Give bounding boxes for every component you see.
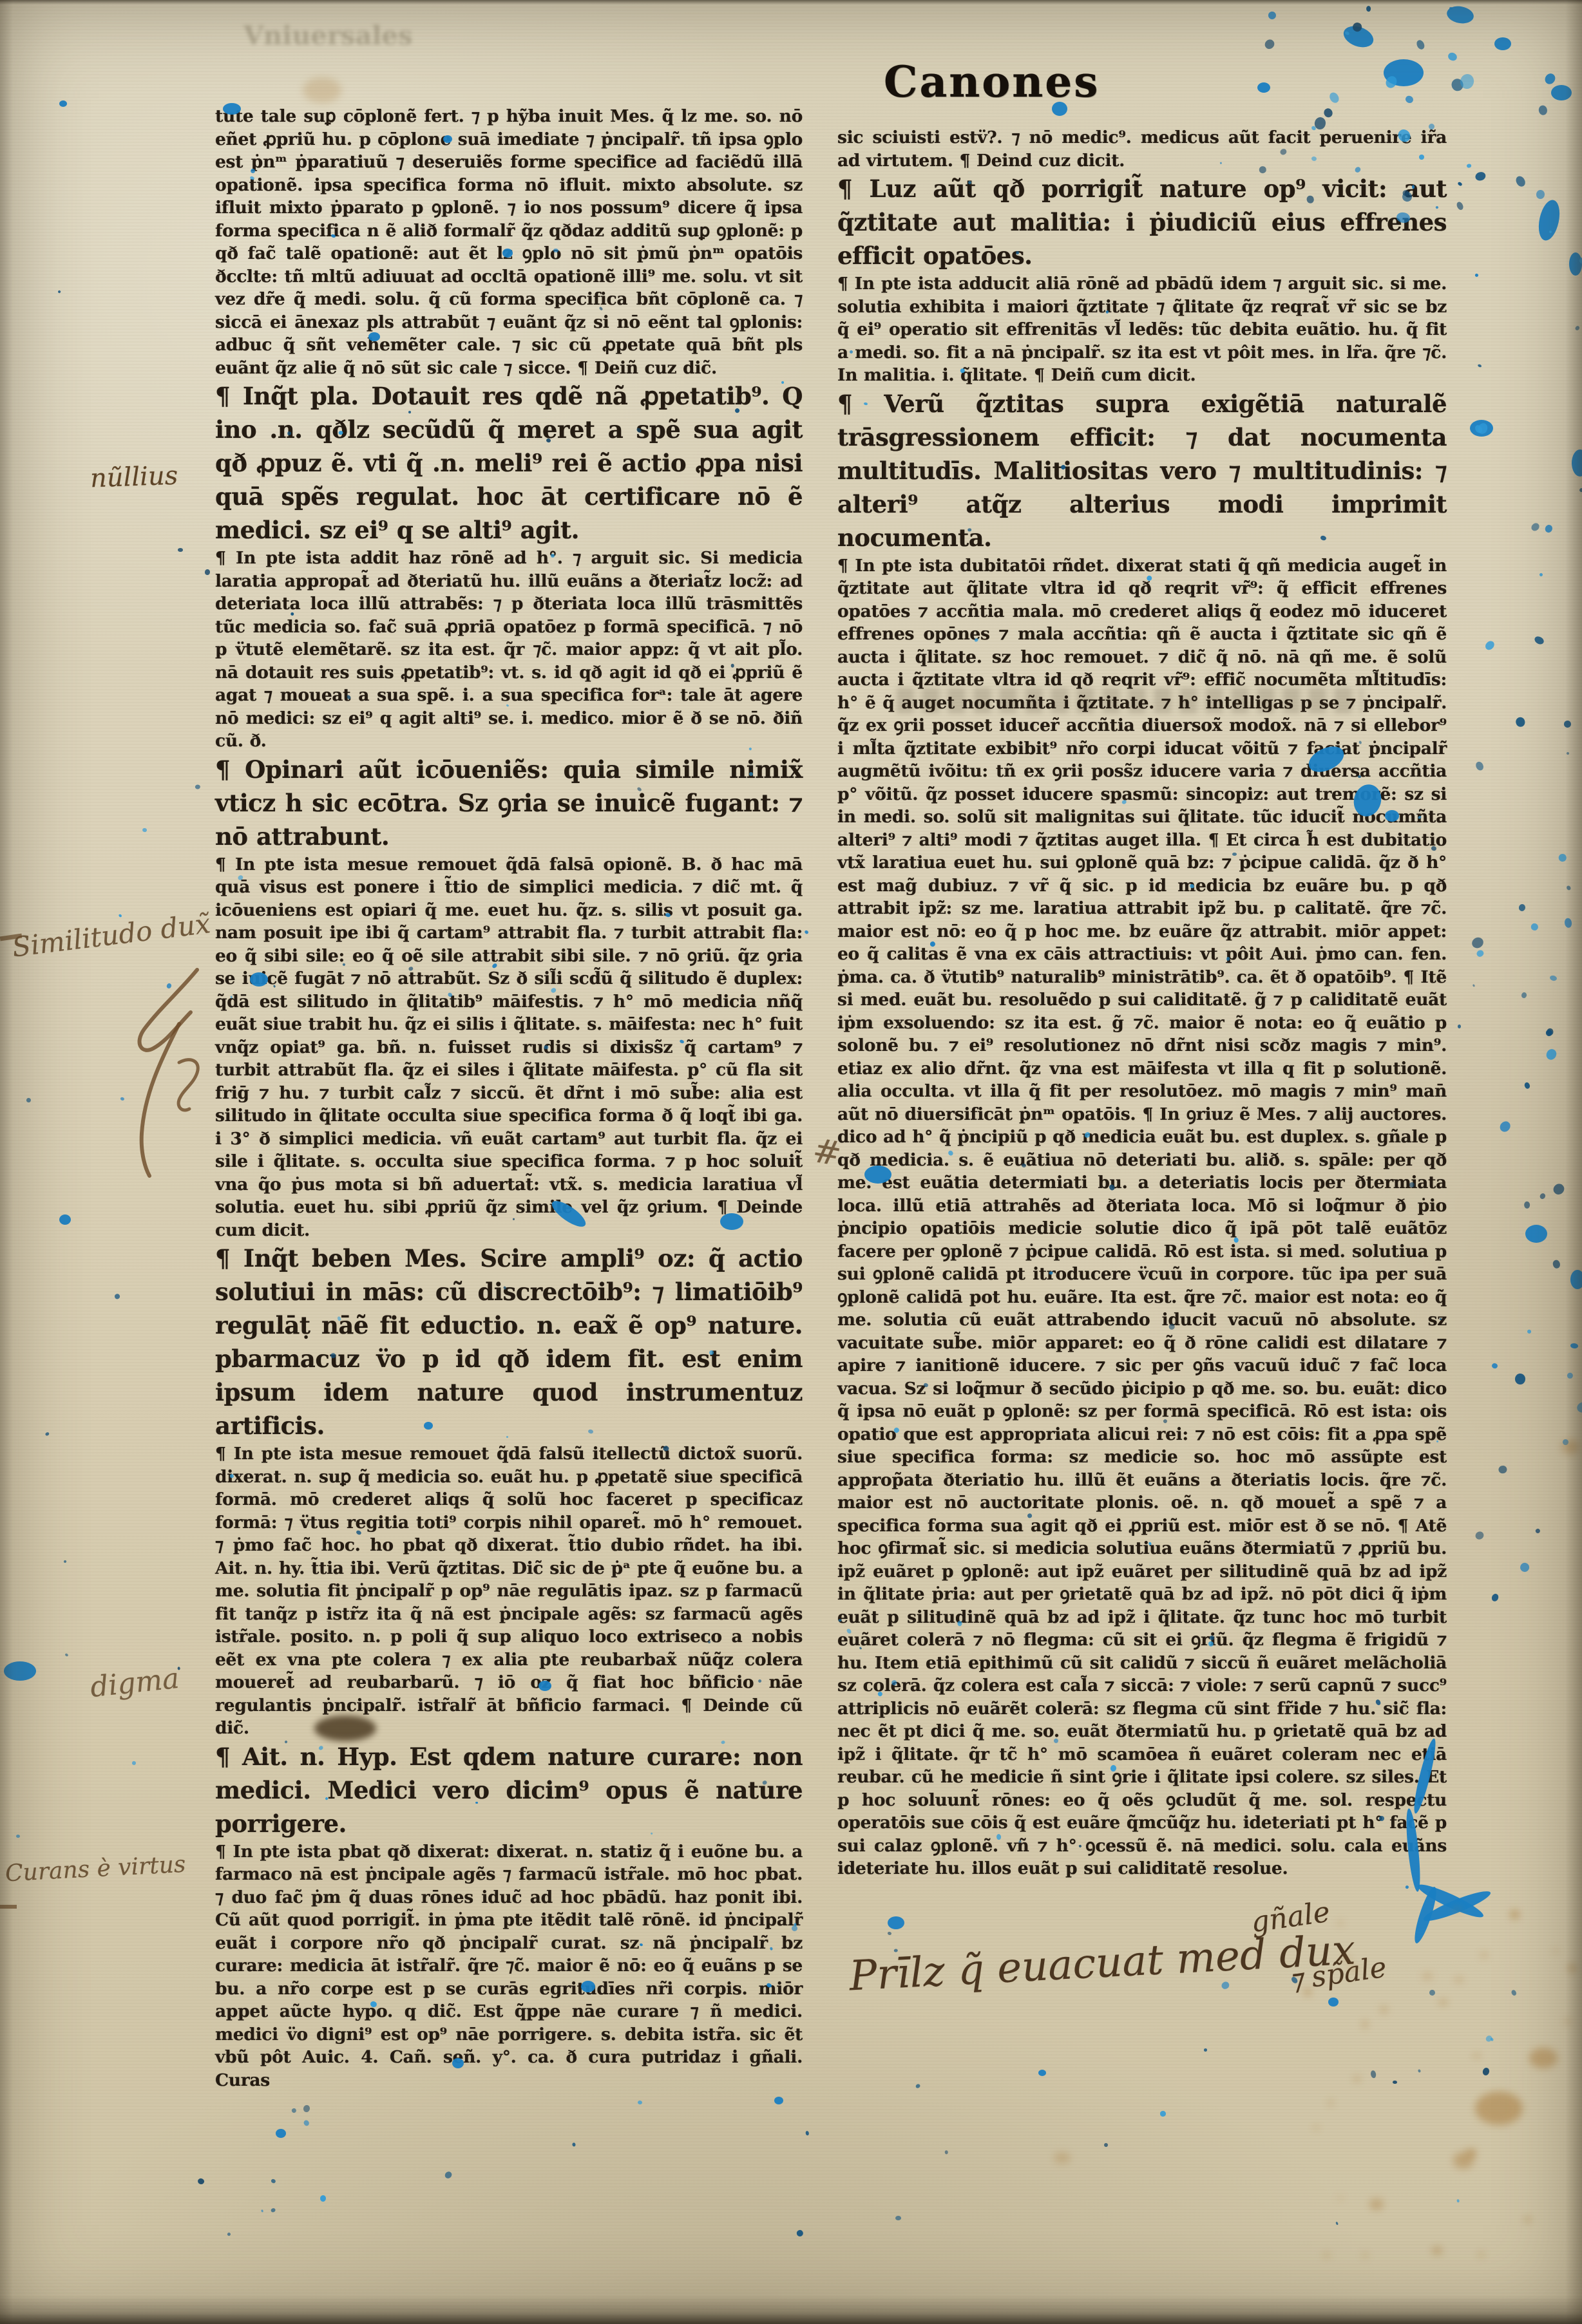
ink-blot	[118, 914, 122, 918]
ink-blot	[1567, 1373, 1573, 1379]
ink-blot	[888, 1916, 904, 1929]
foxing-spot	[1511, 1910, 1518, 1918]
ink-blot	[1525, 1225, 1547, 1243]
ink-blot	[59, 100, 67, 107]
ink-blot	[303, 2104, 310, 2113]
foxing-spot	[1362, 2253, 1368, 2258]
foxing-spot	[1323, 2253, 1330, 2257]
foxing-spot	[1314, 2126, 1319, 2130]
text-block-body: ¶ In pte ista pbat qð dixerat: dixerat. …	[215, 1840, 803, 2092]
text-block-body: ¶ In pte ista addit haz rōnẽ ad h°. ⁊ ar…	[215, 547, 803, 753]
ink-blot	[1445, 5, 1475, 26]
foxing-spot	[1568, 1964, 1575, 1972]
ink-blot	[638, 2101, 643, 2105]
manicule-icon	[82, 947, 231, 1178]
ink-blot	[1467, 164, 1471, 168]
ink-blot	[1415, 1880, 1486, 1922]
ink-blot	[893, 1949, 898, 1952]
ink-blot	[1472, 984, 1475, 987]
foxing-spot	[303, 77, 341, 103]
ink-blot	[1558, 853, 1567, 862]
ink-blot	[1263, 37, 1275, 50]
ink-blot	[1328, 1998, 1339, 2007]
ink-blot	[1451, 78, 1464, 92]
ink-blot	[271, 2178, 276, 2184]
ink-blot	[1564, 720, 1572, 728]
ink-blot	[1570, 1343, 1577, 1349]
ink-blot	[1551, 85, 1572, 100]
ink-blot	[1267, 10, 1278, 21]
foxing-spot	[1338, 2196, 1343, 2200]
ink-blot	[1545, 1029, 1553, 1037]
ink-blot	[1038, 2070, 1046, 2076]
ink-blot	[1544, 1048, 1558, 1062]
ink-blot	[1575, 325, 1581, 331]
ink-blot	[1415, 39, 1425, 51]
ink-blot	[1498, 1119, 1512, 1134]
ink-blot	[1511, 1989, 1517, 1996]
ink-blot	[1370, 2070, 1377, 2079]
ink-blot	[1572, 449, 1582, 477]
ink-blot	[1344, 30, 1349, 35]
bottom-note-superscript-1: gñale	[1249, 1896, 1332, 1940]
ink-blot	[1322, 107, 1334, 119]
foxing-spot	[1561, 1440, 1579, 1454]
foxing-spot	[1054, 2152, 1071, 2164]
ink-blot	[25, 1097, 31, 1103]
ink-blot	[1475, 949, 1484, 958]
ink-blot	[1384, 59, 1424, 86]
foxing-spot	[1453, 2152, 1474, 2169]
scanned-incunabulum-page: Vniuersales Canones tute tale suꝑ cōplon…	[0, 0, 1582, 2324]
text-block-body: ¶ In pte ista dubitatōi rñdet. dixerat s…	[837, 554, 1447, 1880]
ink-blot	[197, 2178, 205, 2185]
foxing-spot	[1475, 2092, 1523, 2125]
ink-blot	[1578, 256, 1582, 265]
ink-blot	[1421, 1887, 1492, 1925]
ink-blot	[45, 1431, 50, 1436]
ink-blot	[1564, 918, 1572, 929]
ink-blot	[319, 2195, 326, 2202]
text-block-lemma: ¶ Luz aũt qð porrigit̃ nature op⁹ vicit:…	[837, 172, 1447, 272]
ink-blot	[1404, 94, 1415, 104]
ink-blot	[1521, 992, 1527, 999]
ink-blot	[1456, 2199, 1460, 2203]
ink-blot	[1384, 74, 1398, 90]
ink-blot	[142, 827, 147, 833]
ink-blot	[804, 929, 809, 934]
text-block-body: ¶ In pte ista mesue remouet q̃dā falsā o…	[215, 853, 803, 1242]
ink-blot	[1159, 2111, 1166, 2117]
ink-blot	[1455, 201, 1464, 211]
ink-blot	[1257, 82, 1270, 93]
ink-blot	[1549, 231, 1552, 234]
ink-blot	[806, 2131, 810, 2135]
ink-blot	[227, 2232, 231, 2236]
ink-blot	[1351, 21, 1363, 33]
ink-blot	[1417, 2069, 1420, 2073]
foxing-spot	[1565, 2018, 1570, 2025]
ink-blot	[1530, 522, 1541, 533]
ink-blot	[291, 2107, 297, 2113]
foxing-spot	[1329, 2099, 1333, 2106]
foxing-spot	[1524, 2216, 1531, 2223]
ink-blot	[1204, 2048, 1208, 2052]
edge-pen-dash	[0, 1905, 17, 1909]
foxing-spot	[1362, 2020, 1368, 2028]
marginal-note-curans: Curans è virtus	[5, 1851, 186, 1887]
ink-blot	[1470, 936, 1485, 950]
ink-blot	[1406, 1885, 1409, 1889]
ink-blot	[177, 1667, 180, 1670]
ink-blot	[888, 1932, 892, 1936]
foxing-spot	[1482, 1952, 1486, 1957]
ink-blot	[1449, 7, 1453, 10]
ink-blot	[1570, 1270, 1582, 1289]
text-block-lemma: ¶ Inq̃t beben Mes. Scire ampli⁹ oz: q̃ a…	[215, 1242, 803, 1442]
foxing-spot	[1453, 1908, 1462, 1913]
foxing-spot	[1472, 2054, 1482, 2057]
ink-blot	[1519, 1562, 1531, 1574]
foxing-spot	[1529, 2048, 1558, 2068]
edge-pen-dash	[0, 934, 22, 941]
ink-blot	[1491, 1592, 1500, 1602]
ink-blot	[1490, 2037, 1493, 2041]
ink-blot	[1569, 252, 1582, 276]
text-block-body: tute tale suꝑ cōplonẽ fert. ⁊ p hỹba inu…	[215, 105, 803, 379]
ink-blot	[1518, 903, 1526, 911]
ink-blot	[1535, 1527, 1541, 1533]
ink-blot	[895, 2216, 901, 2220]
ink-blot	[1566, 751, 1570, 755]
ink-blot	[796, 2229, 804, 2236]
foxing-spot	[1439, 1999, 1447, 2005]
ink-blot	[178, 547, 183, 551]
ink-blot	[59, 1214, 71, 1225]
ink-blot	[1539, 572, 1544, 577]
ink-blot	[915, 2083, 920, 2089]
ink-blot	[774, 2097, 783, 2104]
ink-blot	[1536, 190, 1545, 200]
text-block-body: ¶ In pte ista adducit aliā rōnẽ ad pbādũ…	[837, 272, 1447, 387]
ink-blot	[1220, 1980, 1230, 1990]
ink-blot	[1491, 1363, 1498, 1370]
ink-blot	[1428, 1989, 1436, 1996]
foxing-spot	[1553, 1949, 1558, 1953]
text-block-body: sic sciuisti estv̈?. ⁊ nō medic⁹. medicu…	[837, 126, 1447, 172]
ink-blot	[1328, 91, 1340, 104]
text-block-body: ¶ In pte ista mesue remouet q̃dā falsũ i…	[215, 1442, 803, 1740]
foxing-spot	[1478, 2252, 1485, 2257]
ink-blot	[1529, 921, 1539, 931]
marginal-note-digna: digma	[89, 1662, 181, 1704]
marginal-note-nullius: nũllius	[90, 461, 178, 494]
bleedthrough-header-text: Vniuersales	[243, 21, 413, 51]
ink-blot	[1457, 181, 1462, 186]
ink-blot	[261, 2209, 263, 2213]
text-block-lemma: ¶ Ait. n. Hyp. Est qdem nature curare: n…	[215, 1740, 803, 1840]
ink-blot	[1411, 1885, 1440, 1945]
ink-blot	[1474, 1530, 1485, 1541]
ink-blot	[64, 1652, 68, 1656]
ink-blot	[1549, 975, 1558, 982]
foxing-spot	[1343, 1956, 1350, 1960]
ink-blot	[1566, 885, 1571, 891]
ink-blot	[1475, 171, 1487, 182]
ink-blot	[1515, 1374, 1525, 1384]
ink-blot	[1494, 37, 1511, 50]
ink-blot	[1340, 23, 1376, 52]
ink-blot	[1562, 1439, 1568, 1446]
ink-blot	[1482, 2067, 1490, 2076]
ink-blot	[1527, 1329, 1532, 1335]
ink-blot	[1470, 420, 1493, 437]
text-column-right: sic sciuisti estv̈?. ⁊ nō medic⁹. medicu…	[837, 126, 1447, 1880]
ink-blot	[1552, 1260, 1561, 1269]
ink-blot	[64, 1560, 67, 1563]
ink-blot	[1477, 422, 1489, 435]
ink-blot	[944, 2150, 948, 2155]
foxing-spot	[1380, 2006, 1388, 2013]
ink-blot	[1533, 635, 1545, 646]
ink-blot	[4, 1661, 36, 1681]
ink-blot	[1483, 639, 1496, 652]
ink-blot	[444, 2170, 453, 2180]
ink-blot	[1539, 1192, 1546, 1200]
ink-blot	[1576, 1401, 1582, 1413]
ink-blot	[1366, 6, 1371, 12]
text-block-lemma: ¶ Inq̃t pla. Dotauit res qdẽ nã ꝓpetatib…	[215, 379, 803, 547]
text-block-lemma: ¶ Opinari aũt icōueniẽs: quia simile nim…	[215, 753, 803, 853]
ink-blot	[1514, 716, 1525, 728]
page-title: Canones	[884, 57, 1244, 107]
ink-blot	[1290, 1976, 1299, 1985]
ink-blot	[205, 569, 210, 575]
ink-blot	[276, 2129, 286, 2138]
ink-blot	[1551, 1182, 1566, 1196]
ink-blot	[1458, 73, 1475, 91]
ink-blot	[1536, 198, 1563, 243]
foxing-spot	[1432, 2247, 1442, 2254]
ink-blot	[1474, 760, 1485, 771]
ink-blot	[271, 2208, 276, 2213]
foxing-spot	[1338, 1920, 1343, 1926]
foxing-spot	[1455, 1978, 1463, 1982]
ink-blot	[302, 2119, 310, 2127]
ink-blot	[1447, 52, 1458, 62]
ink-blot	[1499, 1465, 1508, 1474]
ink-blot	[1579, 487, 1582, 493]
ink-blot	[16, 1835, 21, 1838]
ink-blot	[1514, 175, 1527, 188]
ink-blot	[1475, 273, 1480, 277]
ink-blot	[195, 785, 200, 790]
foxing-spot	[1304, 1989, 1311, 1996]
ink-blot	[1485, 2034, 1494, 2043]
ink-blot	[1473, 424, 1483, 434]
ink-blot	[1524, 1202, 1530, 1209]
ink-blot	[1103, 2142, 1108, 2147]
foxing-spot	[1354, 2076, 1360, 2082]
bottom-note-superscript-2: ⁊ sp̃ale	[1286, 1951, 1389, 1998]
foxing-spot	[1350, 1965, 1355, 1973]
ink-blot	[113, 1293, 120, 1300]
foxing-spot	[1423, 1973, 1432, 1979]
ink-blot	[1335, 2222, 1339, 2225]
ink-blot	[572, 2142, 576, 2147]
ink-blot	[1458, 1025, 1461, 1028]
ink-blot	[1547, 1028, 1554, 1035]
text-block-lemma: ¶ Verũ q̃ztitas supra exigẽtiā naturalẽ …	[837, 387, 1447, 554]
foxing-spot	[1369, 2198, 1384, 2210]
ink-blot	[57, 290, 61, 294]
ink-blot	[1477, 364, 1482, 368]
ink-blot	[1543, 71, 1557, 86]
ink-blot	[1393, 2081, 1397, 2084]
foxing-spot	[1466, 2149, 1476, 2157]
ink-blot	[1538, 105, 1548, 116]
ink-blot	[1544, 524, 1553, 533]
ink-blot	[132, 1761, 137, 1766]
bottom-handwritten-note: Prīlz q̃ euacuat med dux	[848, 1926, 1357, 2000]
text-column-left: tute tale suꝑ cōplonẽ fert. ⁊ p hỹba inu…	[215, 105, 803, 2092]
ink-blot	[1524, 1082, 1531, 1090]
